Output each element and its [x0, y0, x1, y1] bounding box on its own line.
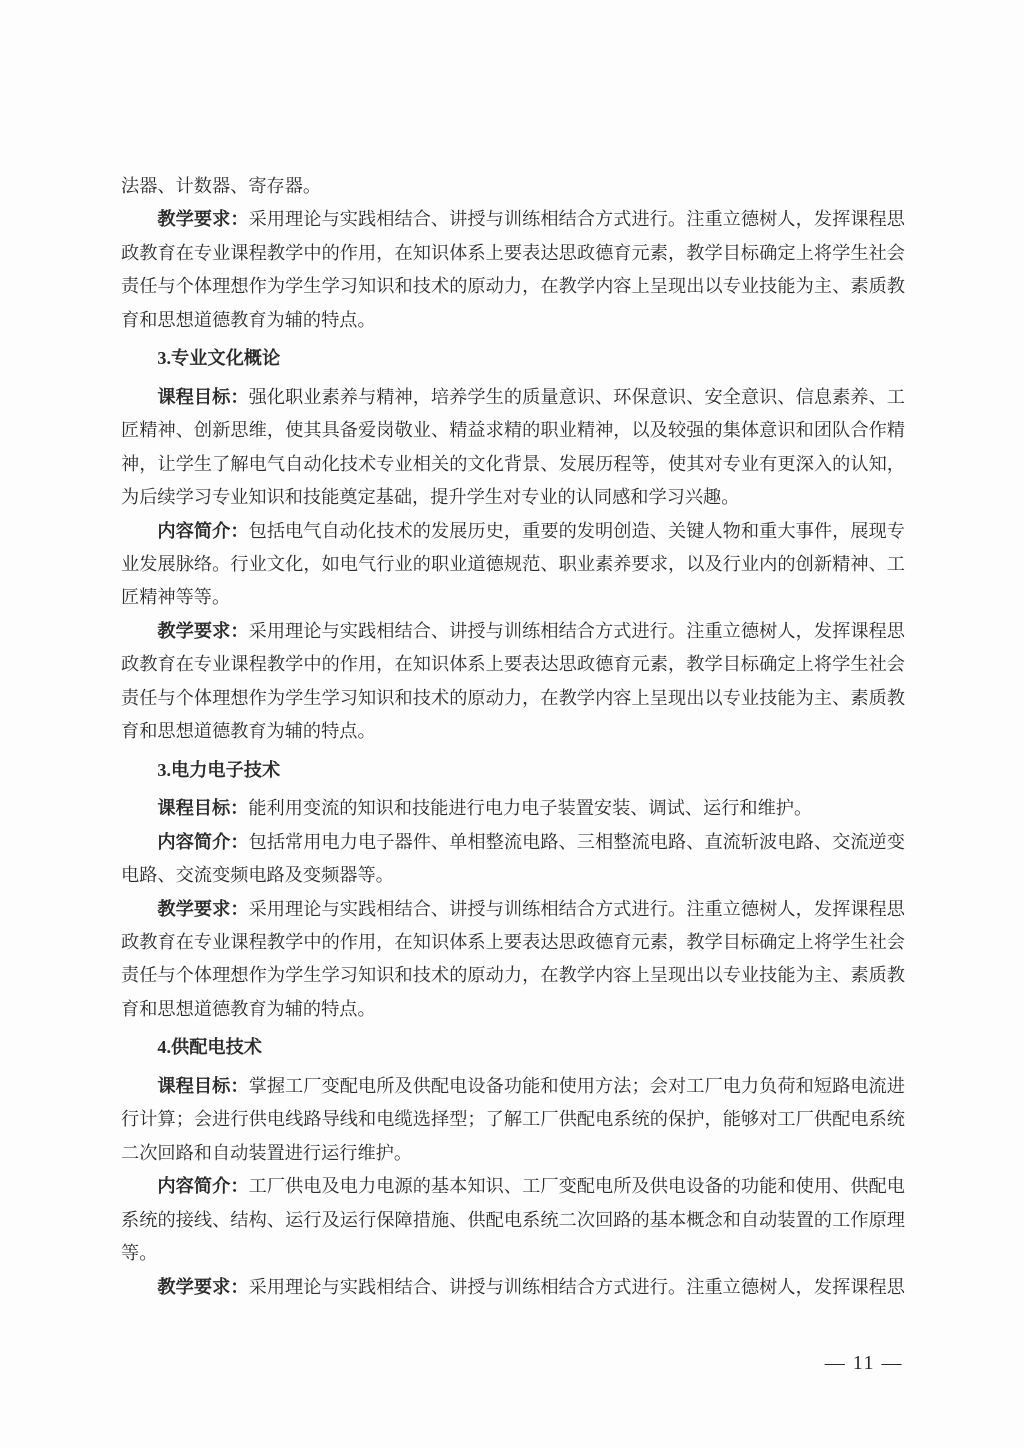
- paragraph: 内容简介：包括电气自动化技术的发展历史，重要的发明创造、关键人物和重大事件，展现…: [121, 515, 905, 615]
- section-heading: 3.电力电子技术: [121, 754, 905, 787]
- paragraph-label: 课程目标：: [157, 798, 248, 818]
- section-heading-text: 3.专业文化概论: [157, 348, 280, 368]
- section-heading-text: 4.供配电技术: [157, 1037, 262, 1057]
- paragraph: 教学要求：采用理论与实践相结合、讲授与训练相结合方式进行。注重立德树人，发挥课程…: [121, 203, 905, 337]
- paragraph-label: 内容简介：: [157, 1176, 248, 1196]
- paragraph: 教学要求：采用理论与实践相结合、讲授与训练相结合方式进行。注重立德树人，发挥课程…: [121, 1271, 905, 1304]
- paragraph-text: 采用理论与实践相结合、讲授与训练相结合方式进行。注重立德树人，发挥课程思: [249, 1277, 905, 1297]
- paragraph: 课程目标：能利用变流的知识和技能进行电力电子装置安装、调试、运行和维护。: [121, 792, 905, 825]
- paragraph: 法器、计数器、寄存器。: [121, 170, 905, 203]
- paragraph-label: 课程目标：: [157, 1076, 248, 1096]
- paragraph-label: 内容简介：: [157, 521, 248, 541]
- paragraph: 内容简介：包括常用电力电子器件、单相整流电路、三相整流电路、直流斩波电路、交流逆…: [121, 826, 905, 893]
- paragraph: 课程目标：掌握工厂变配电所及供配电设备功能和使用方法；会对工厂电力负荷和短路电流…: [121, 1070, 905, 1170]
- section-heading-text: 3.电力电子技术: [157, 760, 280, 780]
- document-body: 法器、计数器、寄存器。教学要求：采用理论与实践相结合、讲授与训练相结合方式进行。…: [121, 170, 905, 1304]
- paragraph: 内容简介：工厂供电及电力电源的基本知识、工厂变配电所及供电设备的功能和使用、供配…: [121, 1170, 905, 1270]
- document-page: 法器、计数器、寄存器。教学要求：采用理论与实践相结合、讲授与训练相结合方式进行。…: [0, 0, 1024, 1448]
- paragraph: 教学要求：采用理论与实践相结合、讲授与训练相结合方式进行。注重立德树人，发挥课程…: [121, 615, 905, 749]
- paragraph-label: 教学要求：: [157, 1277, 248, 1297]
- paragraph-label: 教学要求：: [157, 899, 248, 919]
- paragraph-label: 内容简介：: [157, 832, 248, 852]
- page-number: — 11 —: [825, 1352, 903, 1375]
- section-heading: 4.供配电技术: [121, 1031, 905, 1064]
- paragraph-label: 教学要求：: [157, 621, 248, 641]
- paragraph: 教学要求：采用理论与实践相结合、讲授与训练相结合方式进行。注重立德树人，发挥课程…: [121, 893, 905, 1027]
- paragraph-label: 课程目标：: [157, 387, 248, 407]
- paragraph-text: 法器、计数器、寄存器。: [121, 176, 321, 196]
- paragraph-text: 能利用变流的知识和技能进行电力电子装置安装、调试、运行和维护。: [248, 798, 812, 818]
- paragraph-label: 教学要求：: [157, 209, 248, 229]
- paragraph: 课程目标：强化职业素养与精神，培养学生的质量意识、环保意识、安全意识、信息素养、…: [121, 381, 905, 515]
- section-heading: 3.专业文化概论: [121, 342, 905, 375]
